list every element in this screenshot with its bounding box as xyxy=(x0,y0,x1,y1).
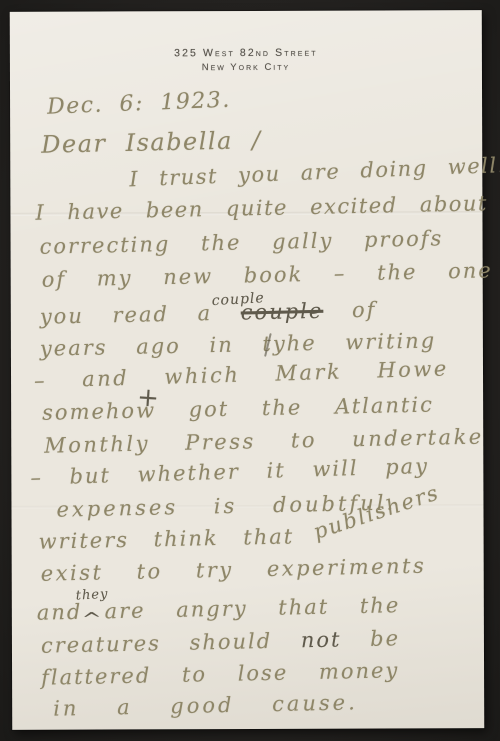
handwritten-line: somehow got the Atlantic xyxy=(42,395,434,424)
letterhead-city: New York City xyxy=(10,61,482,74)
handwritten-line: I have been quite excited about xyxy=(35,193,488,223)
handwritten-line: Monthly Press to undertake xyxy=(44,427,484,457)
handwritten-line: exist to try experiments xyxy=(40,556,426,585)
caret-mark: ^ xyxy=(81,611,104,628)
line-text: are angry that the xyxy=(104,593,400,623)
handwritten-line-with-emphasis: creatures should not be xyxy=(41,628,400,657)
handwritten-line: correcting the gally proofs xyxy=(39,228,443,257)
line-text: creatures should xyxy=(41,628,301,657)
line-text: and xyxy=(37,600,83,625)
letterhead-street-address: 325 West 82nd Street xyxy=(10,46,482,60)
handwritten-line: flattered to lose money xyxy=(41,660,400,688)
letter-page: 325 West 82nd Street New York City Dec. … xyxy=(10,10,485,730)
letterhead: 325 West 82nd Street New York City xyxy=(10,46,482,74)
line-text: be xyxy=(341,626,400,651)
line-text: you read a xyxy=(40,301,241,329)
handwritten-line: I trust you are doing well. xyxy=(129,155,500,190)
handwritten-line: in a good cause. xyxy=(53,692,358,719)
line-text: of xyxy=(323,298,377,323)
scanned-letter-photo: 325 West 82nd Street New York City Dec. … xyxy=(0,0,500,741)
handwritten-line-with-strikethrough: you read a couple of xyxy=(40,300,377,328)
handwritten-line: years ago in tyhe writing xyxy=(40,330,437,359)
handwritten-line: – and which Mark Howe xyxy=(34,358,449,391)
handwritten-line: of my new book – the one xyxy=(41,260,492,290)
emphasized-word-not: not xyxy=(301,627,342,652)
line-text: writers think that xyxy=(38,524,319,554)
strikethrough-word: couple xyxy=(241,299,324,325)
handwritten-line: – but whether it will pay xyxy=(30,456,429,489)
handwritten-date: Dec. 6: 1923. xyxy=(47,90,232,119)
handwritten-salutation: Dear Isabella / xyxy=(41,128,262,157)
handwritten-line-with-tail: writers think that publishers xyxy=(38,523,450,553)
